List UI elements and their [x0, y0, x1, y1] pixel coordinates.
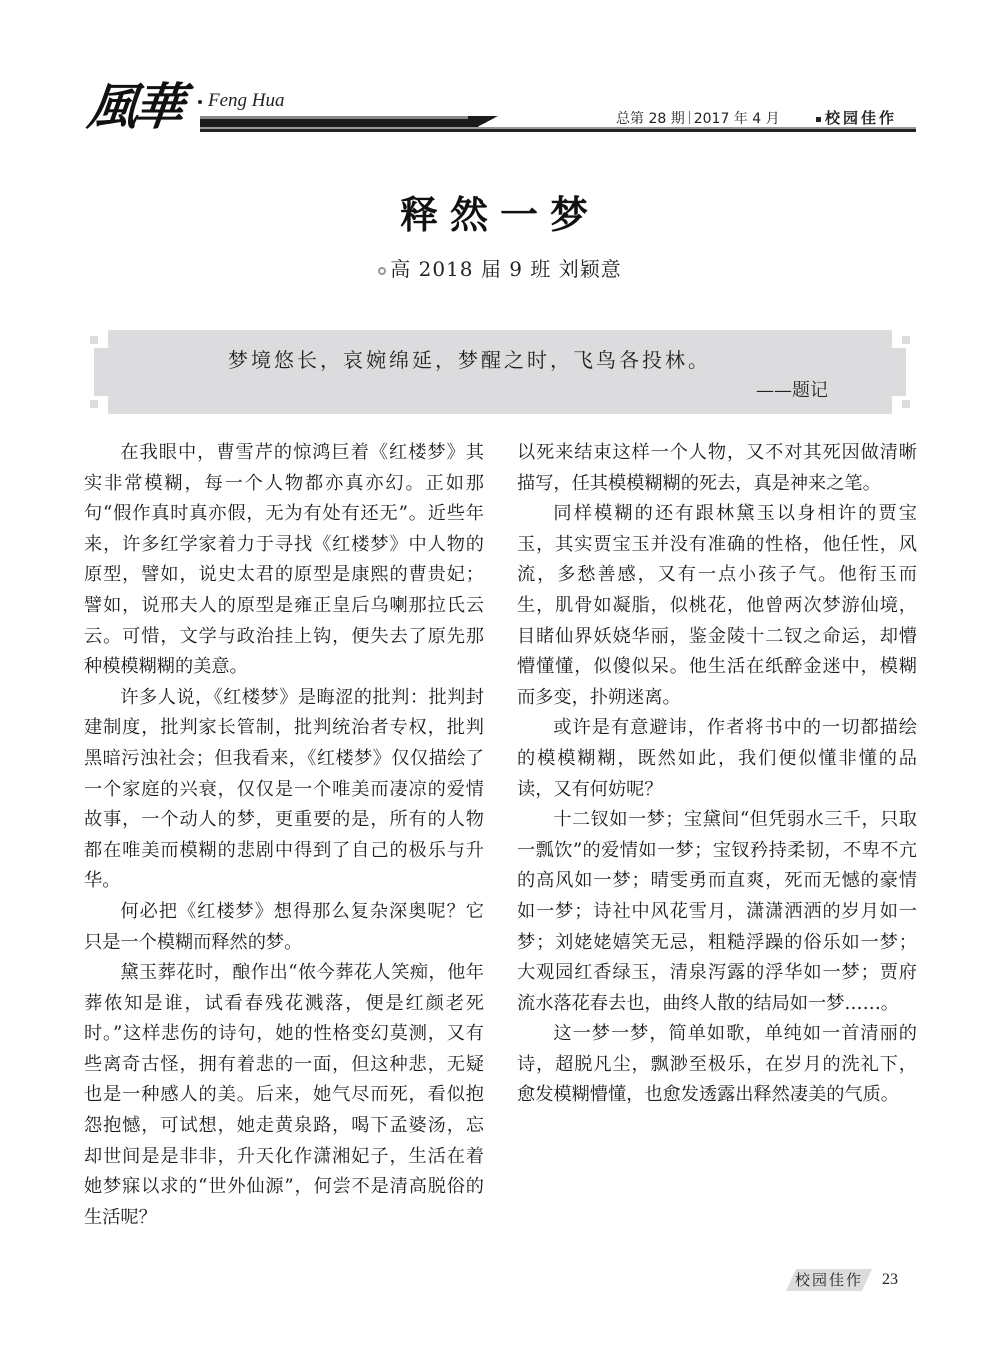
box-notch-left — [94, 348, 108, 396]
epigraph-text: 梦境悠长，哀婉绵延，梦醒之时，飞鸟各投林。 — [228, 344, 711, 373]
divider — [689, 111, 690, 124]
paragraph: 在我眼中，曹雪芹的惊鸿巨着《红楼梦》其实非常模糊，每一个人物都亦真亦幻。正如那句… — [84, 438, 484, 683]
footer-section-label: 校园佳作 — [786, 1269, 872, 1291]
circle-bullet-icon — [378, 267, 386, 275]
box-notch-right — [892, 348, 906, 396]
paragraph: 或许是有意避讳，作者将书中的一切都描绘的模模糊糊，既然如此，我们便似懂非懂的品读… — [517, 713, 917, 805]
epigraph-attribution: ——题记 — [756, 376, 828, 402]
box-corner-square — [902, 400, 910, 408]
issue-number: 总第 28 期 — [616, 111, 685, 127]
section-label: 校园佳作 — [816, 107, 897, 128]
author-text: 高 2018 届 9 班 刘颖意 — [390, 257, 621, 281]
magazine-subtitle-text: Feng Hua — [208, 90, 285, 111]
dot-icon — [198, 100, 202, 104]
paragraph: 这一梦一梦，简单如歌，单纯如一首清丽的诗，超脱凡尘，飘渺至极乐，在岁月的洗礼下，… — [517, 1019, 917, 1111]
issue-info: 总第 28 期2017 年 4 月 — [616, 108, 780, 128]
section-label-text: 校园佳作 — [825, 109, 897, 127]
article-column-left: 在我眼中，曹雪芹的惊鸿巨着《红楼梦》其实非常模糊，每一个人物都亦真亦幻。正如那句… — [84, 438, 484, 1233]
paragraph-continued: 以死来结束这样一个人物，又不对其死因做清晰描写，任其模模糊糊的死去，真是神来之笔… — [517, 438, 917, 499]
paragraph: 十二钗如一梦；宝黛间“但凭弱水三千，只取一瓢饮”的爱情如一梦；宝钗矜持柔韧，不卑… — [517, 805, 917, 1019]
box-corner-square — [90, 336, 98, 344]
magazine-subtitle: Feng Hua — [198, 90, 285, 112]
box-corner-square — [902, 336, 910, 344]
paragraph: 黛玉葬花时，酿作出“侬今葬花人笑痴，他年葬侬知是谁，试看春残花溅落，便是红颜老死… — [84, 958, 484, 1233]
page-number: 23 — [882, 1269, 898, 1291]
header-rule-thin — [200, 127, 916, 132]
issue-date: 2017 年 4 月 — [694, 111, 780, 127]
square-bullet-icon — [816, 117, 821, 122]
paragraph: 许多人说，《红楼梦》是晦涩的批判：批判封建制度，批判家长管制，批判统治者专权，批… — [84, 683, 484, 897]
article-byline: 高 2018 届 9 班 刘颖意 — [0, 253, 1000, 282]
paragraph: 同样模糊的还有跟林黛玉以身相许的贾宝玉，其实贾宝玉并没有准确的性格，他任性，风流… — [517, 499, 917, 713]
magazine-logo: 風華 — [85, 78, 183, 136]
article-title: 释然一梦 — [0, 184, 1000, 239]
epigraph-box: 梦境悠长，哀婉绵延，梦醒之时，飞鸟各投林。 ——题记 — [108, 330, 892, 414]
paragraph: 何必把《红楼梦》想得那么复杂深奥呢？它只是一个模糊而释然的梦。 — [84, 897, 484, 958]
masthead: 風華 Feng Hua 总第 28 期2017 年 4 月 校园佳作 — [88, 78, 918, 140]
box-corner-square — [90, 400, 98, 408]
article-column-right: 以死来结束这样一个人物，又不对其死因做清晰描写，任其模模糊糊的死去，真是神来之笔… — [517, 438, 917, 1111]
